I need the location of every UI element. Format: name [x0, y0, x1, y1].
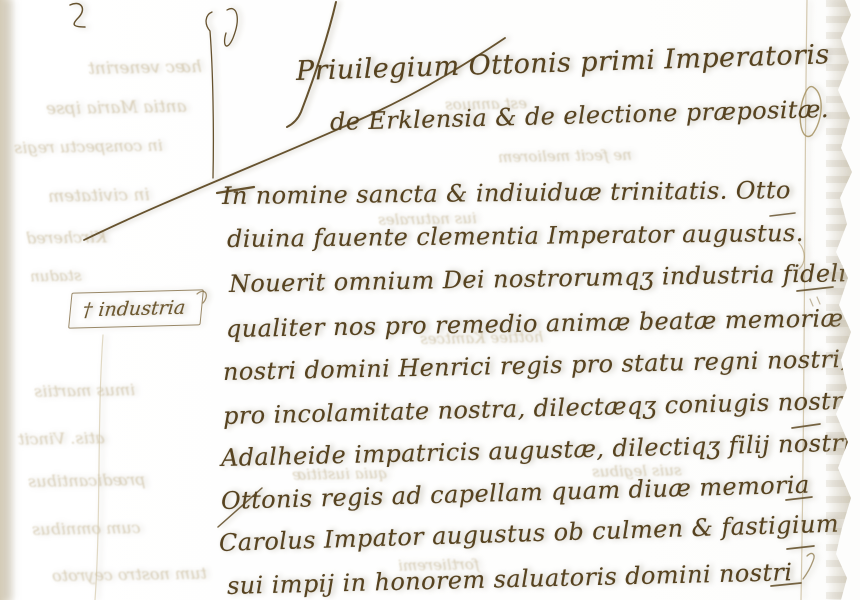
body-line-3: Nouerit omnium Dei nostrorumqʒ industria…	[229, 259, 860, 298]
margin-note-box: † industria	[68, 289, 204, 328]
body-line-6: pro incolamitate nostra, dilectæqʒ coniu…	[223, 386, 860, 430]
bleedthrough-text: hæc venerint	[88, 57, 202, 79]
bleedthrough-text: in conspectu regis	[14, 136, 163, 158]
body-line-2: diuina fauente clementia Imperator augus…	[227, 219, 804, 253]
bleedthrough-text: antia Maria ipse	[46, 97, 187, 119]
bleedthrough-text: imus martiis	[34, 380, 135, 401]
body-line-7: Adalheide impatricis augustæ, dilectiqʒ …	[221, 429, 852, 472]
left-margin-loop	[225, 9, 238, 46]
bleedthrough-text: atis. Vincit	[18, 428, 105, 449]
body-line-5: nostri domini Henrici regis pro statu re…	[223, 345, 849, 386]
body-line-10: sui impij in honorem saluatoris domini n…	[227, 558, 793, 600]
title-line-1: Priuilegium Ottonis primi Imperatoris	[296, 39, 831, 87]
manuscript-scan: hæc venerint antia Maria ipse in conspec…	[0, 0, 860, 600]
body-line-4: qualiter nos pro remedio animæ beatæ mem…	[226, 303, 860, 343]
body-line-1: In nomine sancta & indiuiduæ trinitatis.…	[222, 176, 791, 210]
manuscript-page: hæc venerint antia Maria ipse in conspec…	[0, 0, 860, 600]
left-margin-pen-line	[206, 12, 213, 178]
body-line-9: Carolus Impator augustus ob culmen & fas…	[219, 510, 840, 557]
line-filler-dash	[792, 424, 820, 428]
bleedthrough-text: Kirchered	[26, 227, 107, 247]
crease-line	[95, 335, 103, 600]
margin-note-text: † industria	[82, 297, 187, 322]
bleedthrough-text: in civitatem	[48, 185, 150, 207]
title-line-2: de Erklensia & de electione præpositæ.	[330, 95, 830, 136]
line-filler-dash	[787, 546, 814, 549]
margin-y-mark	[803, 554, 814, 579]
bleedthrough-text: cum omnibus	[32, 518, 141, 539]
bleedthrough-text: ne fecit meliorem	[498, 146, 632, 166]
bleedthrough-text: stadun	[30, 267, 82, 286]
top-left-squiggle	[70, 3, 85, 27]
line-filler-dash	[770, 213, 795, 216]
bleedthrough-text: tum nostro ceyroto	[52, 564, 207, 586]
bleedthrough-text: prædicantibus	[28, 470, 146, 491]
